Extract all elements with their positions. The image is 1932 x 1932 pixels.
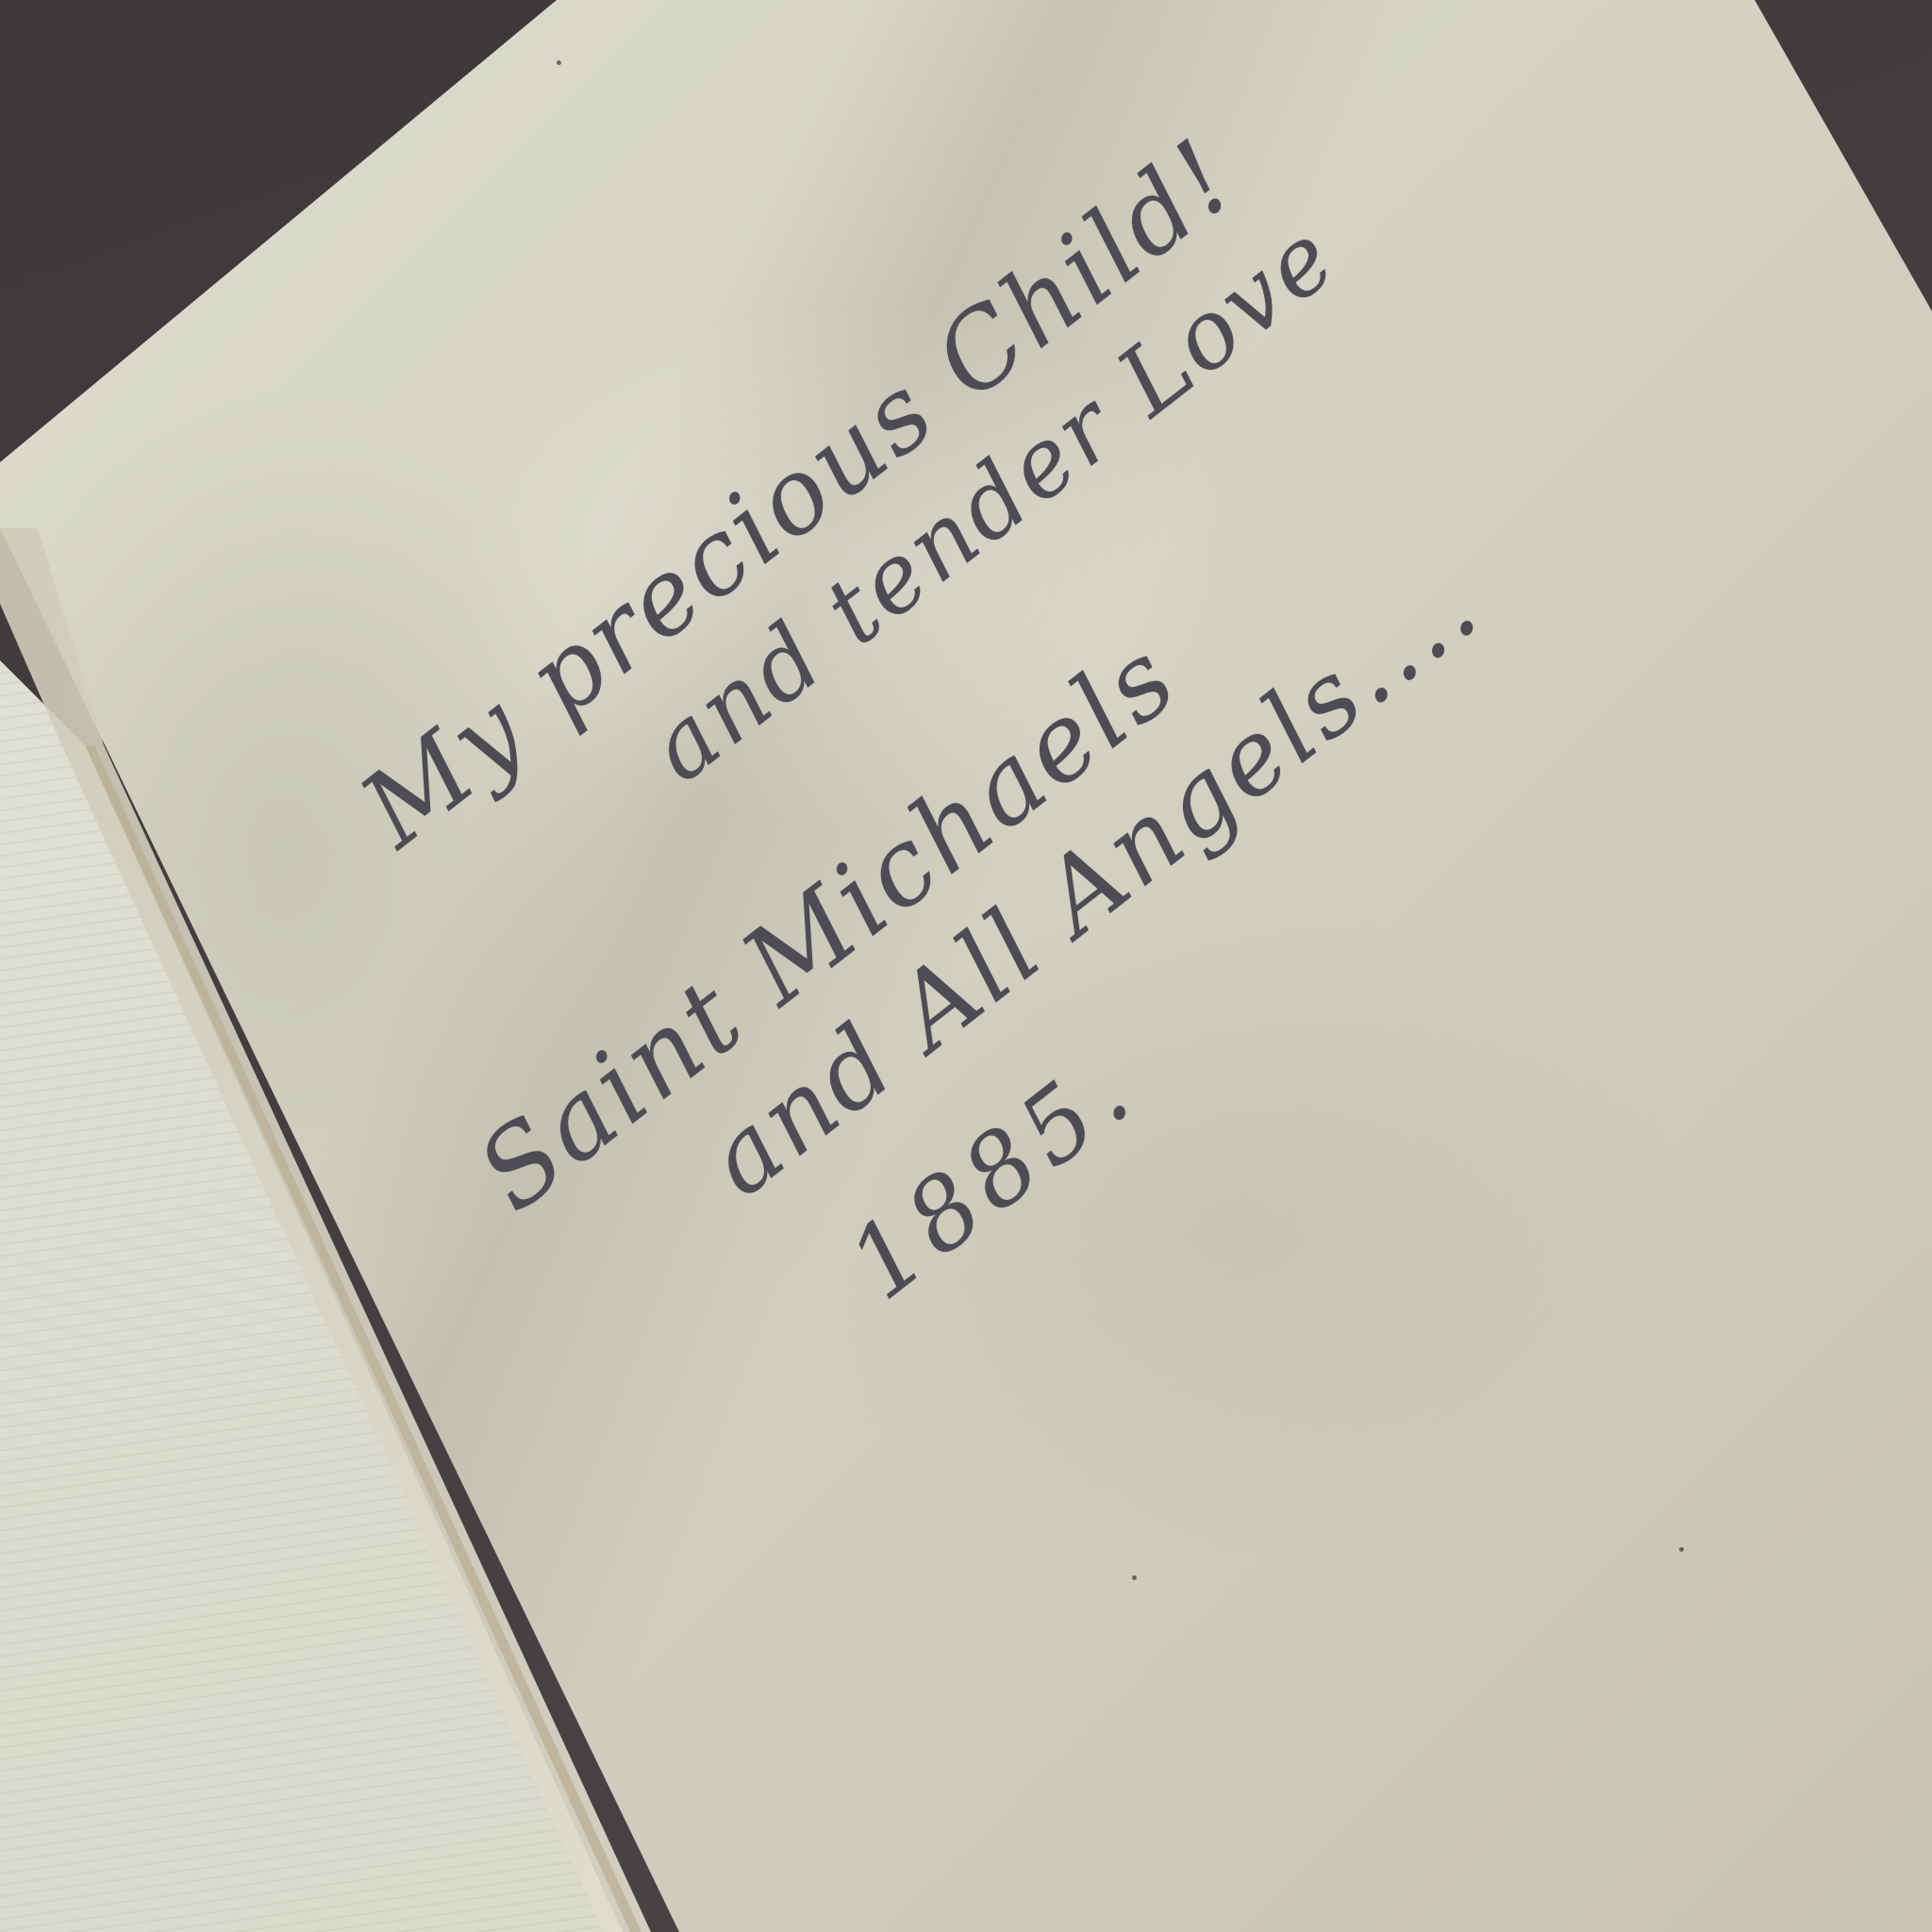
paper-speck	[1132, 1575, 1137, 1580]
paper-speck	[1679, 1547, 1684, 1552]
book-photo: My precious Child! and tender Love Saint…	[0, 0, 1932, 1932]
paper-speck	[557, 60, 561, 65]
